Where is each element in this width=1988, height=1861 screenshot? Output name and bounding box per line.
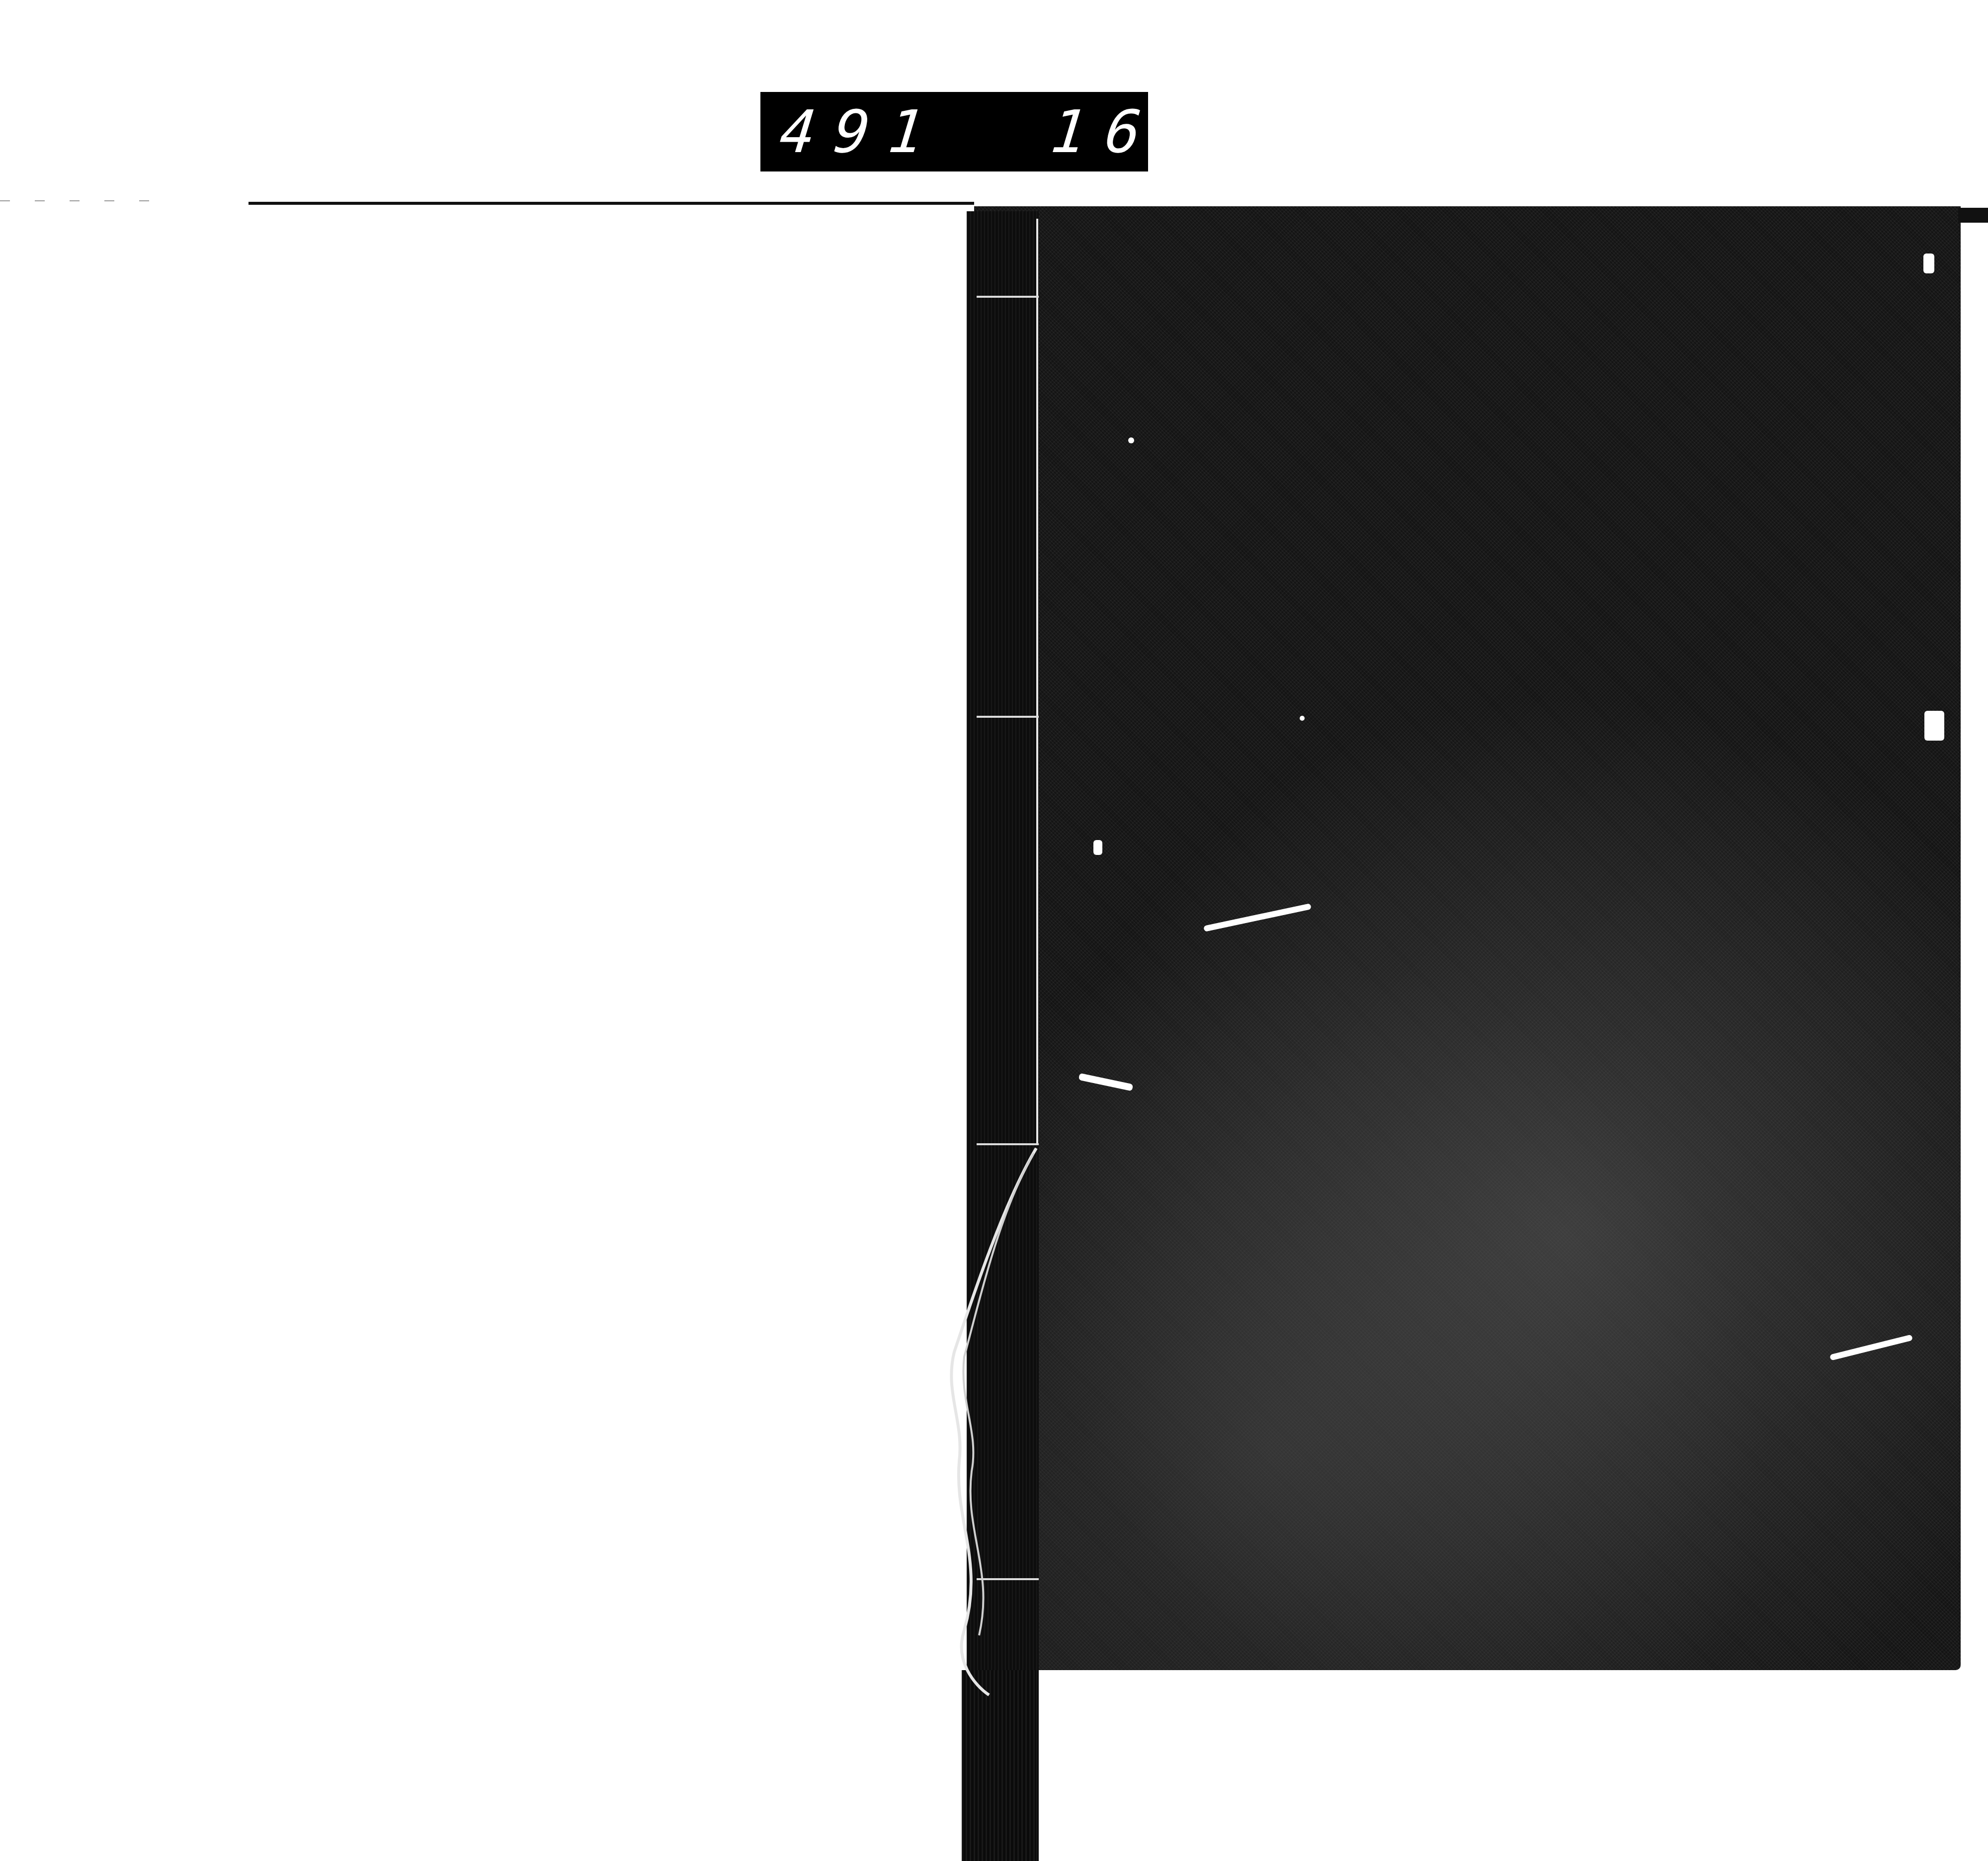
- cover-edge-strip: [1958, 208, 1988, 223]
- stitch-mark: [977, 716, 1039, 718]
- illegible-stamp: [1078, 1707, 1098, 1717]
- spine-fold-line: [1036, 219, 1038, 1143]
- wear-mark: [1923, 254, 1934, 273]
- top-edge-rule: [248, 202, 974, 205]
- wear-mark: [1128, 437, 1134, 443]
- wear-mark: [1924, 711, 1944, 741]
- reel-number-text: 491 160.: [757, 97, 1272, 166]
- stitch-mark: [977, 296, 1039, 298]
- book-cover: [974, 206, 1961, 1670]
- wear-mark: [1300, 716, 1305, 721]
- reel-number-label: 491 160.: [760, 92, 1148, 171]
- binding-string-icon: [944, 1143, 1044, 1700]
- wear-mark: [1093, 840, 1102, 855]
- dashed-scan-edge: [0, 200, 159, 201]
